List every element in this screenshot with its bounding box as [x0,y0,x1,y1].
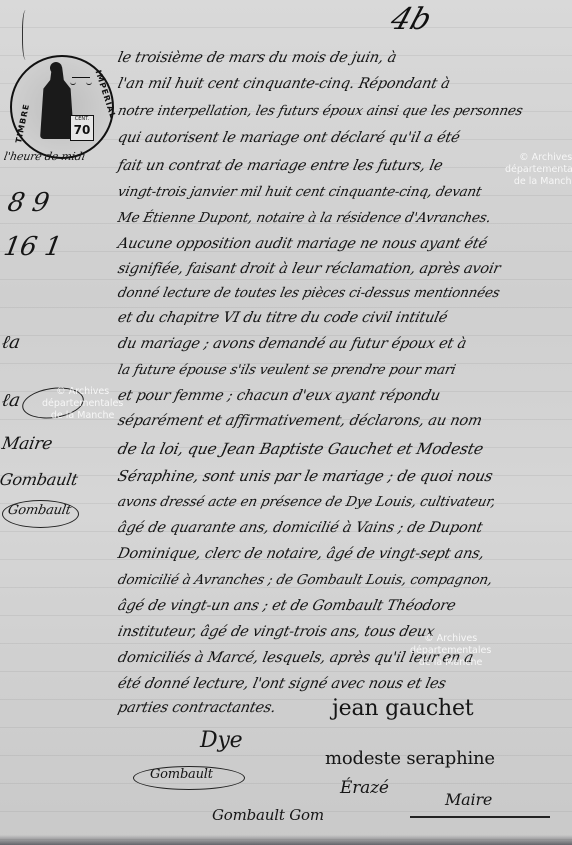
signature-eraze: Érazé [340,778,389,798]
margin-scrawl-2: ℓa [0,390,22,411]
margin-signature-3: Gombault [7,503,72,518]
body-line-7: Me Étienne Dupont, notaire à la résidenc… [116,210,492,226]
body-line-6: vingt-trois janvier mil huit cent cinqua… [116,184,483,200]
watermark-1: © Archives départementales de la Manche [505,152,572,188]
body-line-16: de la loi, que Jean Baptiste Gauchet et … [116,440,485,458]
watermark-line-1: © Archives [505,152,572,164]
imperial-stamp: TIMBRE IMPERIAL CENT. 70 [10,55,114,159]
margin-time-note: l'heure de midi [3,150,86,163]
body-line-5: fait un contrat de mariage entre les fut… [116,158,444,174]
body-line-15: séparément et affirmativement, déclarons… [116,413,483,429]
body-line-23: instituteur, âgé de vingt-trois ans, tou… [116,624,435,640]
signature-gombault: Gombault [150,767,213,782]
body-line-4: qui autorisent le mariage ont déclaré qu… [116,130,461,146]
justice-figure-icon [40,67,74,139]
margin-flourish [22,10,31,60]
margin-scrawl-1: ℓa [0,332,22,353]
maire-underline [410,816,550,818]
margin-signature-2: Gombault [0,470,79,489]
body-line-13: la future épouse s'ils veulent se prendr… [116,362,457,378]
body-line-20: Dominique, clerc de notaire, âgé de ving… [116,546,485,562]
stamp-denomination-value: 70 [71,123,93,137]
watermark-line-3: de la Manche [505,176,572,188]
body-line-21: domicilié à Avranches ; de Gombault Loui… [116,572,493,588]
watermark-line-1: © Archives [42,386,123,398]
watermark-2: © Archives départementales de la Manche [42,386,123,422]
stamp-denomination: CENT. 70 [70,115,94,141]
watermark-line-2: départementales [505,164,572,176]
body-line-11: et du chapitre VI du titre du code civil… [116,310,448,326]
scales-icon [72,77,90,88]
body-line-10: donné lecture de toutes les pièces ci-de… [116,285,501,301]
stamp-right-text: IMPERIAL [93,69,117,120]
body-line-8: Aucune opposition audit mariage ne nous … [116,236,488,252]
body-line-12: du mariage ; avons demandé au futur épou… [116,336,467,352]
body-line-2: l'an mil huit cent cinquante-cinq. Répon… [116,76,451,92]
watermark-line-3: de la Manche [42,410,123,422]
watermark-line-2: départementales [410,645,491,657]
body-line-26: parties contractantes. [116,700,277,716]
watermark-3: © Archives départementales de la Manche [410,633,491,669]
signature-gombault-gom: Gombault Gom [212,806,324,824]
body-line-19: âgé de quarante ans, domicilié à Vains ;… [116,520,484,536]
signature-bride: modeste seraphine [325,748,495,769]
document-page: 4b TIMBRE IMPERIAL CENT. 70 l'heure de m… [0,0,572,845]
body-line-3: notre interpellation, les futurs époux a… [116,103,524,119]
margin-number-bottom: 16 1 [1,232,63,262]
watermark-line-2: départementales [42,398,123,410]
stamp-left-text: TIMBRE [14,103,31,144]
body-line-9: signifiée, faisant droit à leur réclamat… [116,261,501,277]
margin-signature-1: Maire [0,434,54,454]
body-line-14: et pour femme ; chacun d'eux ayant répon… [116,388,441,404]
body-line-18: avons dressé acte en présence de Dye Lou… [116,494,497,510]
reference-mark: 4b [386,2,436,37]
watermark-line-3: de la Manche [410,657,491,669]
stamp-denomination-label: CENT. [71,116,93,123]
signature-witness-dye: Dye [200,728,243,753]
body-line-17: Séraphine, sont unis par le mariage ; de… [116,467,494,485]
margin-number-top: 8 9 [5,188,51,218]
body-line-22: âgé de vingt-un ans ; et de Gombault Thé… [116,598,457,614]
watermark-line-1: © Archives [410,633,491,645]
body-line-1: le troisième de mars du mois de juin, à [116,50,398,66]
body-line-25: été donné lecture, l'ont signé avec nous… [116,676,447,692]
signature-groom: jean gauchet [332,696,473,721]
signature-maire: Maire [445,790,492,809]
